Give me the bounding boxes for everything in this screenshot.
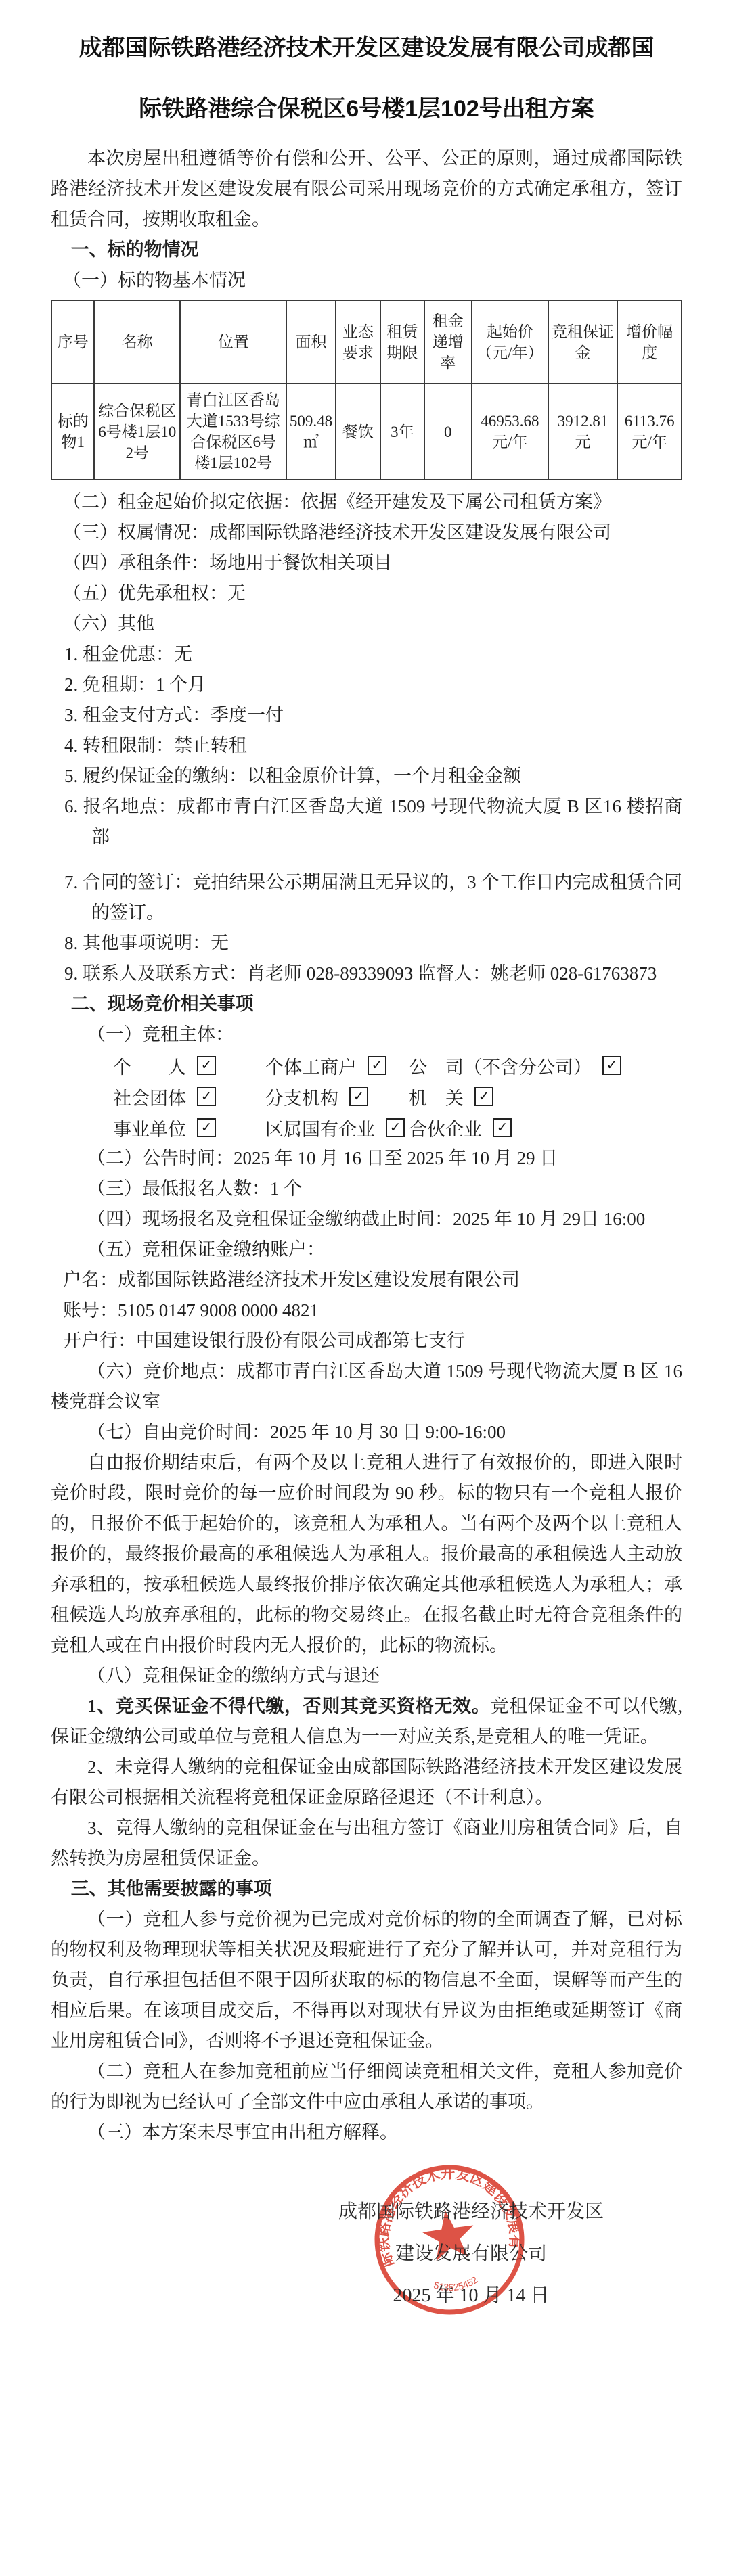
section2-sub2: （二）公告时间：2025 年 10 月 16 日至 2025 年 10 月 29…	[51, 1143, 682, 1174]
section1-sub3: （三）权属情况：成都国际铁路港经济技术开发区建设发展有限公司	[51, 517, 682, 548]
document-page: 成都国际铁路港经济技术开发区建设发展有限公司成都国际铁路港综合保税区6号楼1层1…	[0, 0, 731, 2576]
section2-sub6: （六）竞价地点：成都市青白江区香岛大道 1509 号现代物流大厦 B 区 16 …	[51, 1356, 682, 1417]
subject-label: 个 人	[113, 1053, 186, 1079]
checkbox-checked-icon: ✓	[474, 1087, 493, 1106]
section3-sub1: （一）竞租人参与竞价视为已完成对竞价标的物的全面调查了解，已对标的物权利及物理现…	[51, 1904, 682, 2056]
table-header-cell: 面积	[286, 300, 335, 384]
table-row: 标的物1 综合保税区6号楼1层102号 青白江区香岛大道1533号综合保税区6号…	[51, 384, 682, 480]
checkbox-checked-icon: ✓	[602, 1056, 621, 1075]
table-cell: 509.48㎡	[286, 384, 335, 480]
bid-subject-row: 事业单位 ✓ 区属国有企业 ✓ 合伙企业 ✓	[51, 1112, 682, 1143]
section2-sub7: （七）自由竞价时间：2025 年 10 月 30 日 9:00-16:00	[51, 1417, 682, 1448]
signature-area: 成都国际铁路港经济技术开发区建设发展有限公司 513525452 成都国际铁路港…	[51, 2160, 682, 2363]
lot-info-table: 序号 名称 位置 面积 业态要求 租赁期限 租金递增率 起始价（元/年） 竞租保…	[51, 300, 682, 480]
section1-sub1-heading: （一）标的物基本情况	[51, 265, 682, 296]
section3-sub2: （二）竞租人在参加竞租前应当仔细阅读竞租相关文件，竞租人参加竞价的行为即视为已经…	[51, 2056, 682, 2117]
table-header-cell: 租金递增率	[424, 300, 472, 384]
table-cell: 3912.81 元	[548, 384, 618, 480]
section3-heading: 三、其他需要披露的事项	[51, 1874, 682, 1904]
table-cell: 46953.68 元/年	[472, 384, 548, 480]
account-bank: 开户行：中国建设银行股份有限公司成都第七支行	[51, 1326, 682, 1356]
bid-subject-row: 个 人 ✓ 个体工商户 ✓ 公 司（不含分公司） ✓	[51, 1050, 682, 1081]
bid-subject: 合伙企业 ✓	[409, 1115, 512, 1141]
section3-sub3: （三）本方案未尽事宜由出租方解释。	[51, 2117, 682, 2148]
checkbox-checked-icon: ✓	[493, 1118, 512, 1137]
checkbox-checked-icon: ✓	[197, 1087, 216, 1106]
subject-label: 区属国有企业	[265, 1115, 375, 1141]
subject-label: 公 司（不含分公司）	[409, 1053, 592, 1079]
table-cell: 3年	[380, 384, 424, 480]
subject-label: 分支机构	[265, 1084, 338, 1110]
deposit-rule-1-lead: 1、竞买保证金不得代缴，否则其竞买资格无效。	[87, 1696, 490, 1716]
deposit-rule-1: 1、竞买保证金不得代缴，否则其竞买资格无效。竞租保证金不可以代缴,保证金缴纳公司…	[51, 1691, 682, 1752]
table-header-cell: 竞租保证金	[548, 300, 618, 384]
table-cell: 餐饮	[336, 384, 380, 480]
checkbox-checked-icon: ✓	[197, 1118, 216, 1137]
signature-date: 2025 年 10 月 14 日	[322, 2275, 620, 2317]
subject-label: 事业单位	[113, 1115, 186, 1141]
subject-label: 社会团体	[113, 1084, 186, 1110]
bid-subject: 个 人 ✓	[113, 1053, 265, 1079]
bid-subject: 公 司（不含分公司） ✓	[409, 1053, 621, 1079]
table-header-cell: 序号	[51, 300, 94, 384]
section2-sub3: （三）最低报名人数：1 个	[51, 1174, 682, 1204]
table-header-cell: 业态要求	[336, 300, 380, 384]
subject-label: 个体工商户	[265, 1053, 357, 1079]
section1-sub4: （四）承租条件：场地用于餐饮相关项目	[51, 548, 682, 578]
section2-sub1: （一）竞租主体：	[51, 1019, 682, 1050]
table-cell: 0	[424, 384, 472, 480]
other-item: 4. 转租限制：禁止转租	[64, 731, 682, 761]
checkbox-checked-icon: ✓	[386, 1118, 405, 1137]
table-header-row: 序号 名称 位置 面积 业态要求 租赁期限 租金递增率 起始价（元/年） 竞租保…	[51, 300, 682, 384]
subject-label: 机 关	[409, 1084, 464, 1110]
checkbox-checked-icon: ✓	[197, 1056, 216, 1075]
table-header-cell: 名称	[94, 300, 180, 384]
checkbox-checked-icon: ✓	[368, 1056, 386, 1075]
table-header-cell: 位置	[180, 300, 286, 384]
bid-subject: 区属国有企业 ✓	[265, 1115, 409, 1141]
section1-sub5: （五）优先承租权：无	[51, 578, 682, 609]
bid-subject: 机 关 ✓	[409, 1084, 493, 1110]
table-cell: 综合保税区6号楼1层102号	[94, 384, 180, 480]
bid-subject: 事业单位 ✓	[113, 1115, 265, 1141]
section1-sub2: （二）租金起始价拟定依据：依据《经开建发及下属公司租赁方案》	[51, 487, 682, 517]
other-item: 2. 免租期：1 个月	[64, 670, 682, 700]
deposit-rule-3: 3、竞得人缴纳的竞租保证金在与出租方签订《商业用房租赁合同》后，自然转换为房屋租…	[51, 1813, 682, 1874]
other-item: 8. 其他事项说明：无	[64, 928, 682, 959]
document-title: 成都国际铁路港经济技术开发区建设发展有限公司成都国际铁路港综合保税区6号楼1层1…	[51, 18, 682, 139]
bidding-rules-paragraph: 自由报价期结束后，有两个及以上竞租人进行了有效报价的，即进入限时竞价时段，限时竞…	[51, 1448, 682, 1661]
bid-subject: 个体工商户 ✓	[265, 1053, 409, 1079]
table-header-cell: 租赁期限	[380, 300, 424, 384]
table-cell: 青白江区香岛大道1533号综合保税区6号楼1层102号	[180, 384, 286, 480]
subject-label: 合伙企业	[409, 1115, 482, 1141]
signature-company-line1: 成都国际铁路港经济技术开发区	[322, 2191, 620, 2233]
checkbox-checked-icon: ✓	[349, 1087, 368, 1106]
signature-block: 成都国际铁路港经济技术开发区 建设发展有限公司 2025 年 10 月 14 日	[322, 2191, 620, 2317]
table-header-cell: 增价幅度	[617, 300, 682, 384]
other-item: 6. 报名地点：成都市青白江区香岛大道 1509 号现代物流大厦 B 区16 楼…	[64, 791, 682, 852]
other-item: 9. 联系人及联系方式：肖老师 028-89339093 监督人：姚老师 028…	[64, 959, 682, 989]
other-item: 3. 租金支付方式：季度一付	[64, 700, 682, 731]
bid-subject-row: 社会团体 ✓ 分支机构 ✓ 机 关 ✓	[51, 1081, 682, 1112]
other-item: 7. 合同的签订：竞拍结果公示期届满且无异议的，3 个工作日内完成租赁合同的签订…	[64, 867, 682, 928]
section2-sub8: （八）竞租保证金的缴纳方式与退还	[51, 1661, 682, 1691]
other-item: 5. 履约保证金的缴纳：以租金原价计算，一个月租金金额	[64, 761, 682, 791]
table-cell: 6113.76 元/年	[617, 384, 682, 480]
table-cell: 标的物1	[51, 384, 94, 480]
account-name: 户名：成都国际铁路港经济技术开发区建设发展有限公司	[51, 1265, 682, 1295]
section1-heading: 一、标的物情况	[51, 235, 682, 265]
account-number: 账号：5105 0147 9008 0000 4821	[51, 1295, 682, 1326]
section2-heading: 二、现场竞价相关事项	[51, 989, 682, 1019]
bid-subject: 社会团体 ✓	[113, 1084, 265, 1110]
section2-sub4: （四）现场报名及竞租保证金缴纳截止时间：2025 年 10 月 29日 16:0…	[51, 1204, 682, 1235]
section1-sub6: （六）其他	[51, 609, 682, 639]
signature-company-line2: 建设发展有限公司	[322, 2233, 620, 2275]
intro-paragraph: 本次房屋出租遵循等价有偿和公开、公平、公正的原则，通过成都国际铁路港经济技术开发…	[51, 143, 682, 235]
section2-sub5: （五）竞租保证金缴纳账户：	[51, 1235, 682, 1265]
other-item: 1. 租金优惠：无	[64, 639, 682, 670]
deposit-rule-2: 2、未竞得人缴纳的竞租保证金由成都国际铁路港经济技术开发区建设发展有限公司根据相…	[51, 1752, 682, 1813]
table-header-cell: 起始价（元/年）	[472, 300, 548, 384]
bid-subject: 分支机构 ✓	[265, 1084, 409, 1110]
